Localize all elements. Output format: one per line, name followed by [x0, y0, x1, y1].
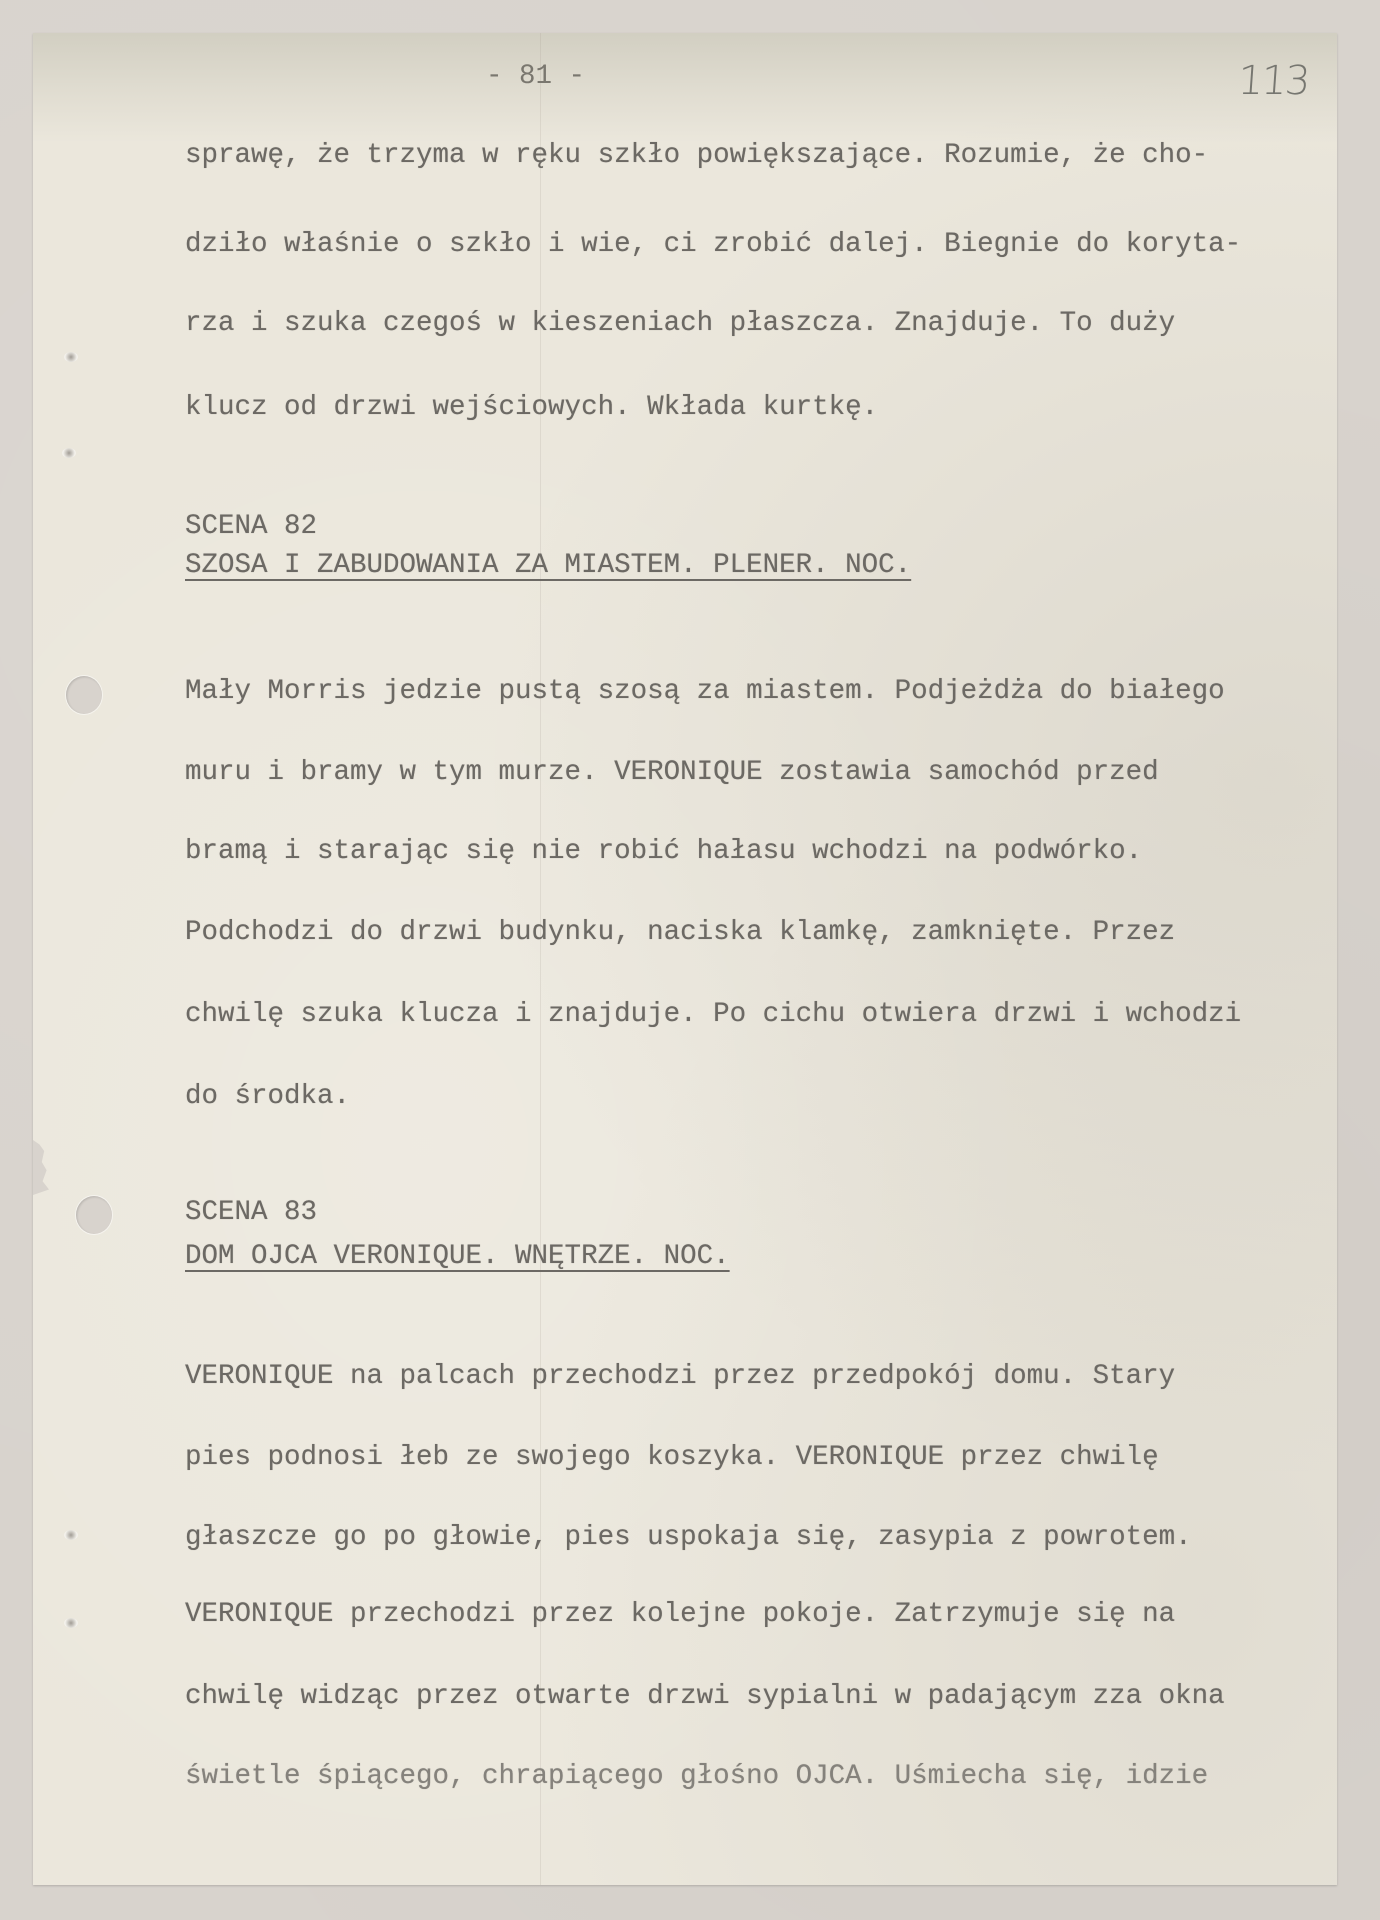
staple-mark-icon — [64, 1618, 78, 1628]
text-line: chwilę szuka klucza i znajduje. Po cichu… — [185, 998, 1241, 1032]
text-line: VERONIQUE na palcach przechodzi przez pr… — [185, 1360, 1175, 1394]
text-line: Mały Morris jedzie pustą szosą za miaste… — [185, 675, 1225, 709]
staple-mark-icon — [64, 1530, 78, 1540]
scene-heading: DOM OJCA VERONIQUE. WNĘTRZE. NOC. — [185, 1240, 730, 1274]
text-line: VERONIQUE przechodzi przez kolejne pokoj… — [185, 1598, 1175, 1632]
text-line: muru i bramy w tym murze. VERONIQUE zost… — [185, 756, 1159, 790]
punch-hole-icon — [66, 676, 102, 714]
text-line: dziło właśnie o szkło i wie, ci zrobić d… — [185, 228, 1241, 262]
text-line: Podchodzi do drzwi budynku, naciska klam… — [185, 916, 1175, 950]
text-line: klucz od drzwi wejściowych. Wkłada kurtk… — [185, 391, 878, 425]
text-line: sprawę, że trzyma w ręku szkło powiększa… — [185, 139, 1208, 173]
scene-heading: SZOSA I ZABUDOWANIA ZA MIASTEM. PLENER. … — [185, 549, 911, 583]
page-number: - 81 - — [486, 60, 585, 94]
scene-label: SCENA 83 — [185, 1196, 317, 1230]
text-line: świetle śpiącego, chrapiącego głośno OJC… — [185, 1760, 1208, 1794]
text-line: rza i szuka czegoś w kieszeniach płaszcz… — [185, 307, 1175, 341]
archive-number-handwritten: 113 — [1236, 58, 1310, 104]
staple-mark-icon — [62, 448, 76, 458]
text-line: bramą i starając się nie robić hałasu wc… — [185, 835, 1142, 869]
text-line: do środka. — [185, 1080, 350, 1114]
text-line: głaszcze go po głowie, pies uspokaja się… — [185, 1521, 1192, 1555]
text-line: pies podnosi łeb ze swojego koszyka. VER… — [185, 1441, 1159, 1475]
punch-hole-icon — [76, 1196, 112, 1234]
scene-label: SCENA 82 — [185, 510, 317, 544]
text-line: chwilę widząc przez otwarte drzwi sypial… — [185, 1680, 1225, 1714]
staple-mark-icon — [64, 352, 78, 362]
